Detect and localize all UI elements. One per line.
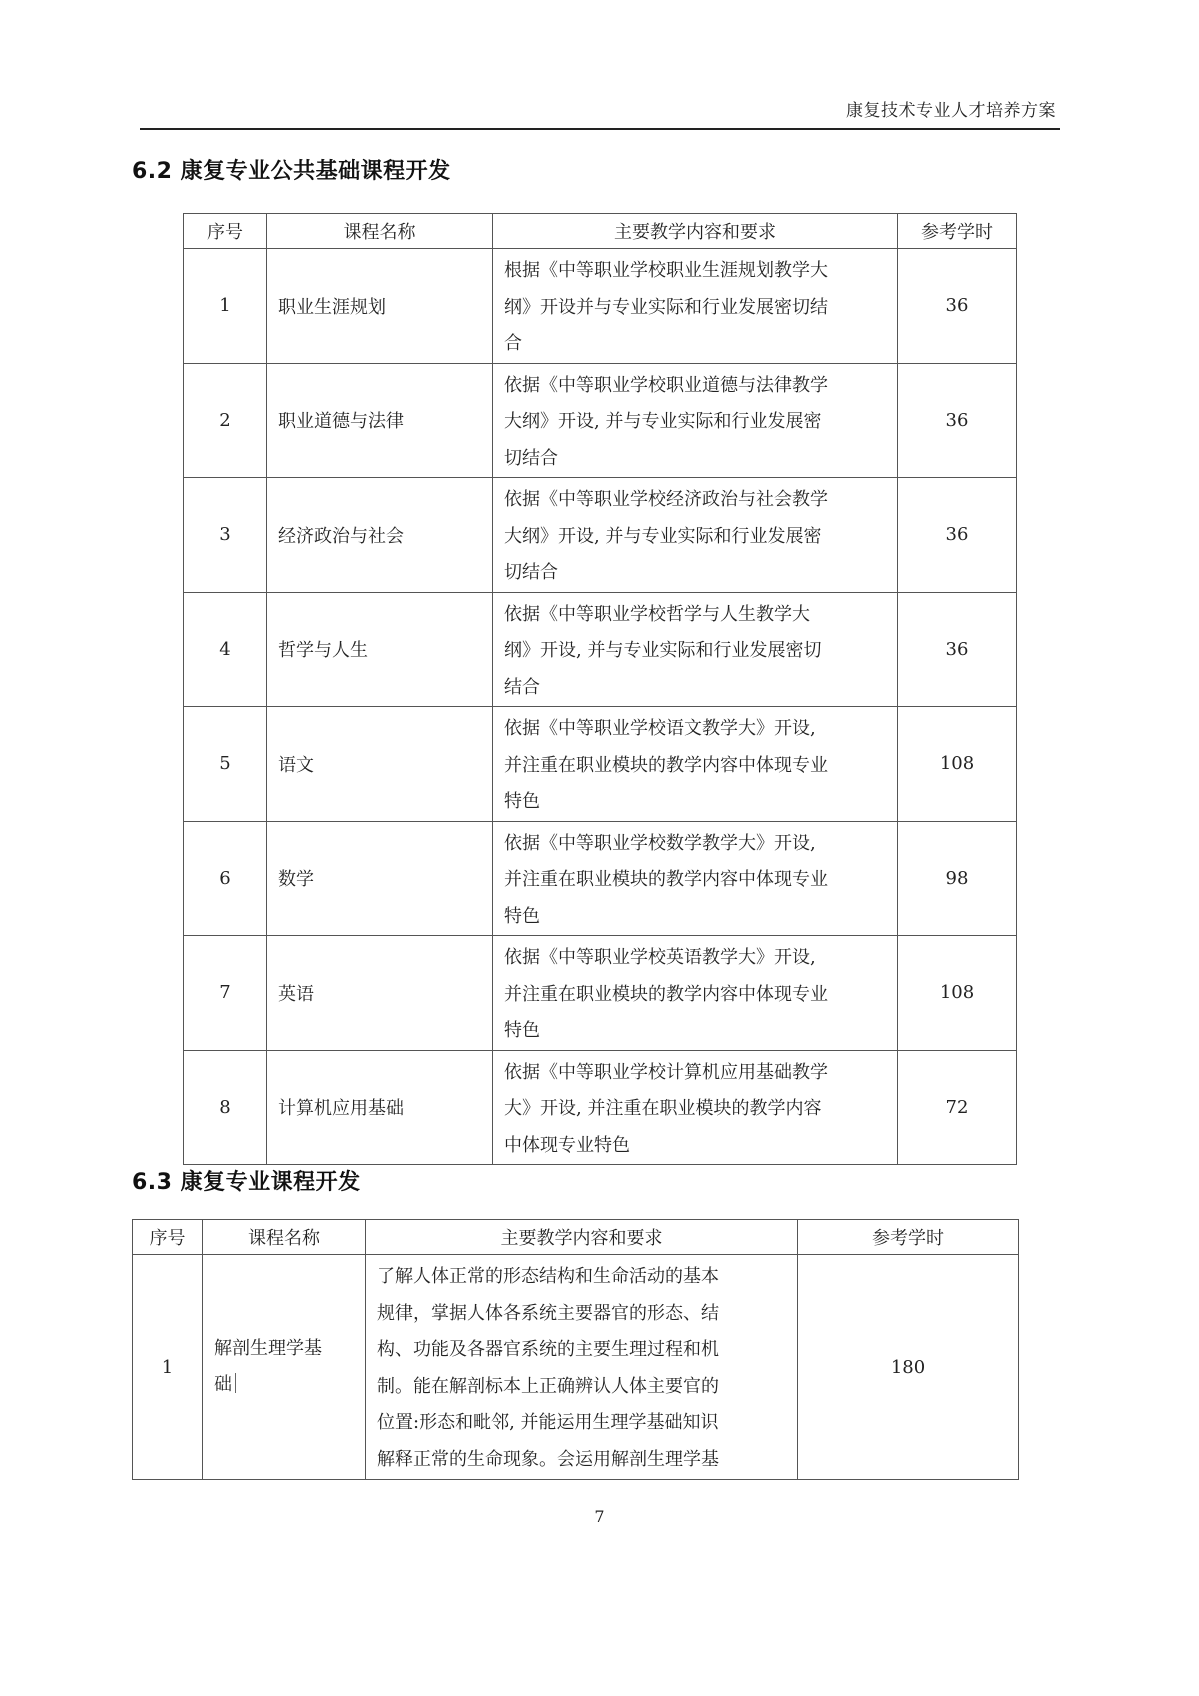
course-hours: 72 <box>898 1050 1017 1165</box>
table-row: 4 哲学与人生 依据《中等职业学校哲学与人生教学大纲》开设, 并与专业实际和行业… <box>184 592 1017 707</box>
column-header-course-name: 课程名称 <box>203 1220 366 1255</box>
course-name: 计算机应用基础 <box>267 1050 493 1165</box>
course-content: 依据《中等职业学校计算机应用基础教学大》开设, 并注重在职业模块的教学内容中体现… <box>493 1050 898 1165</box>
course-hours: 36 <box>898 363 1017 478</box>
course-content: 依据《中等职业学校英语教学大》开设,并注重在职业模块的教学内容中体现专业特色 <box>493 936 898 1051</box>
course-name: 经济政治与社会 <box>267 478 493 593</box>
row-no: 2 <box>184 363 267 478</box>
table-header-row: 序号 课程名称 主要教学内容和要求 参考学时 <box>184 214 1017 249</box>
course-name: 职业生涯规划 <box>267 249 493 364</box>
column-header-hours: 参考学时 <box>898 214 1017 249</box>
course-content: 依据《中等职业学校语文教学大》开设,并注重在职业模块的教学内容中体现专业特色 <box>493 707 898 822</box>
course-content: 根据《中等职业学校职业生涯规划教学大纲》开设并与专业实际和行业发展密切结合 <box>493 249 898 364</box>
content-line: 并注重在职业模块的教学内容中体现专业 <box>504 748 887 785</box>
content-line: 特色 <box>504 784 887 821</box>
course-content: 依据《中等职业学校经济政治与社会教学大纲》开设, 并与专业实际和行业发展密切结合 <box>493 478 898 593</box>
public-basic-course-table: 序号 课程名称 主要教学内容和要求 参考学时 1 职业生涯规划 根据《中等职业学… <box>183 213 1017 1165</box>
course-content: 依据《中等职业学校职业道德与法律教学大纲》开设, 并与专业实际和行业发展密切结合 <box>493 363 898 478</box>
content-line: 合 <box>504 326 887 363</box>
content-line: 依据《中等职业学校经济政治与社会教学 <box>504 482 887 519</box>
content-line: 规律，掌据人体各系统主要器官的形态、结 <box>377 1296 787 1333</box>
row-no: 1 <box>133 1255 203 1480</box>
row-no: 4 <box>184 592 267 707</box>
course-name-line: 解剖生理学基 <box>214 1331 365 1367</box>
row-no: 5 <box>184 707 267 822</box>
content-line: 大纲》开设, 并与专业实际和行业发展密 <box>504 404 887 441</box>
course-name: 哲学与人生 <box>267 592 493 707</box>
course-hours: 180 <box>798 1255 1019 1480</box>
course-name-text: 础 <box>214 1374 232 1395</box>
row-no: 8 <box>184 1050 267 1165</box>
content-line: 依据《中等职业学校哲学与人生教学大 <box>504 597 887 634</box>
content-line: 依据《中等职业学校语文教学大》开设, <box>504 711 887 748</box>
content-line: 根据《中等职业学校职业生涯规划教学大 <box>504 253 887 290</box>
course-name-line: 础 <box>214 1367 365 1403</box>
section-heading-6-3: 6.3 康复专业课程开发 <box>132 1165 361 1196</box>
page-header: 康复技术专业人才培养方案 <box>140 92 1060 130</box>
column-header-content: 主要教学内容和要求 <box>366 1220 798 1255</box>
content-line: 纲》开设, 并与专业实际和行业发展密切 <box>504 633 887 670</box>
content-line: 大》开设, 并注重在职业模块的教学内容 <box>504 1091 887 1128</box>
course-hours: 108 <box>898 936 1017 1051</box>
table-row: 2 职业道德与法律 依据《中等职业学校职业道德与法律教学大纲》开设, 并与专业实… <box>184 363 1017 478</box>
content-line: 位置:形态和毗邻, 并能运用生理学基础知识 <box>377 1405 787 1442</box>
row-no: 3 <box>184 478 267 593</box>
course-content: 依据《中等职业学校哲学与人生教学大纲》开设, 并与专业实际和行业发展密切结合 <box>493 592 898 707</box>
content-line: 制。能在解剖标本上正确辨认人体主要官的 <box>377 1369 787 1406</box>
table-row: 7 英语 依据《中等职业学校英语教学大》开设,并注重在职业模块的教学内容中体现专… <box>184 936 1017 1051</box>
content-line: 依据《中等职业学校职业道德与法律教学 <box>504 368 887 405</box>
page-number: 7 <box>0 1507 1199 1526</box>
content-line: 并注重在职业模块的教学内容中体现专业 <box>504 862 887 899</box>
content-line: 构、功能及各器官系统的主要生理过程和机 <box>377 1332 787 1369</box>
content-line: 并注重在职业模块的教学内容中体现专业 <box>504 977 887 1014</box>
course-hours: 98 <box>898 821 1017 936</box>
table-row: 6 数学 依据《中等职业学校数学教学大》开设,并注重在职业模块的教学内容中体现专… <box>184 821 1017 936</box>
table-row: 1 解剖生理学基础 了解人体正常的形态结构和生命活动的基本规律，掌据人体各系统主… <box>133 1255 1019 1480</box>
course-hours: 36 <box>898 592 1017 707</box>
table-row: 3 经济政治与社会 依据《中等职业学校经济政治与社会教学大纲》开设, 并与专业实… <box>184 478 1017 593</box>
course-hours: 108 <box>898 707 1017 822</box>
table-row: 8 计算机应用基础 依据《中等职业学校计算机应用基础教学大》开设, 并注重在职业… <box>184 1050 1017 1165</box>
course-name: 英语 <box>267 936 493 1051</box>
column-header-no: 序号 <box>184 214 267 249</box>
content-line: 结合 <box>504 670 887 707</box>
content-line: 大纲》开设, 并与专业实际和行业发展密 <box>504 519 887 556</box>
course-content: 了解人体正常的形态结构和生命活动的基本规律，掌据人体各系统主要器官的形态、结构、… <box>366 1255 798 1480</box>
content-line: 切结合 <box>504 555 887 592</box>
table-row: 1 职业生涯规划 根据《中等职业学校职业生涯规划教学大纲》开设并与专业实际和行业… <box>184 249 1017 364</box>
professional-course-table: 序号 课程名称 主要教学内容和要求 参考学时 1 解剖生理学基础 了解人体正常的… <box>132 1219 1019 1480</box>
content-line: 依据《中等职业学校数学教学大》开设, <box>504 826 887 863</box>
content-line: 了解人体正常的形态结构和生命活动的基本 <box>377 1259 787 1296</box>
document-title: 康复技术专业人才培养方案 <box>846 96 1056 121</box>
column-header-hours: 参考学时 <box>798 1220 1019 1255</box>
course-name: 职业道德与法律 <box>267 363 493 478</box>
column-header-course-name: 课程名称 <box>267 214 493 249</box>
table-row: 5 语文 依据《中等职业学校语文教学大》开设,并注重在职业模块的教学内容中体现专… <box>184 707 1017 822</box>
section-heading-6-2: 6.2 康复专业公共基础课程开发 <box>132 154 451 185</box>
course-hours: 36 <box>898 478 1017 593</box>
content-line: 依据《中等职业学校英语教学大》开设, <box>504 940 887 977</box>
table-header-row: 序号 课程名称 主要教学内容和要求 参考学时 <box>133 1220 1019 1255</box>
content-line: 中体现专业特色 <box>504 1128 887 1165</box>
content-line: 特色 <box>504 1013 887 1050</box>
course-name: 数学 <box>267 821 493 936</box>
course-name: 语文 <box>267 707 493 822</box>
column-header-no: 序号 <box>133 1220 203 1255</box>
course-hours: 36 <box>898 249 1017 364</box>
content-line: 切结合 <box>504 441 887 478</box>
row-no: 6 <box>184 821 267 936</box>
course-content: 依据《中等职业学校数学教学大》开设,并注重在职业模块的教学内容中体现专业特色 <box>493 821 898 936</box>
content-line: 解释正常的生命现象。会运用解剖生理学基 <box>377 1442 787 1479</box>
text-cursor <box>235 1373 236 1393</box>
row-no: 7 <box>184 936 267 1051</box>
row-no: 1 <box>184 249 267 364</box>
content-line: 纲》开设并与专业实际和行业发展密切结 <box>504 290 887 327</box>
course-name: 解剖生理学基础 <box>203 1255 366 1480</box>
content-line: 依据《中等职业学校计算机应用基础教学 <box>504 1055 887 1092</box>
column-header-content: 主要教学内容和要求 <box>493 214 898 249</box>
content-line: 特色 <box>504 899 887 936</box>
